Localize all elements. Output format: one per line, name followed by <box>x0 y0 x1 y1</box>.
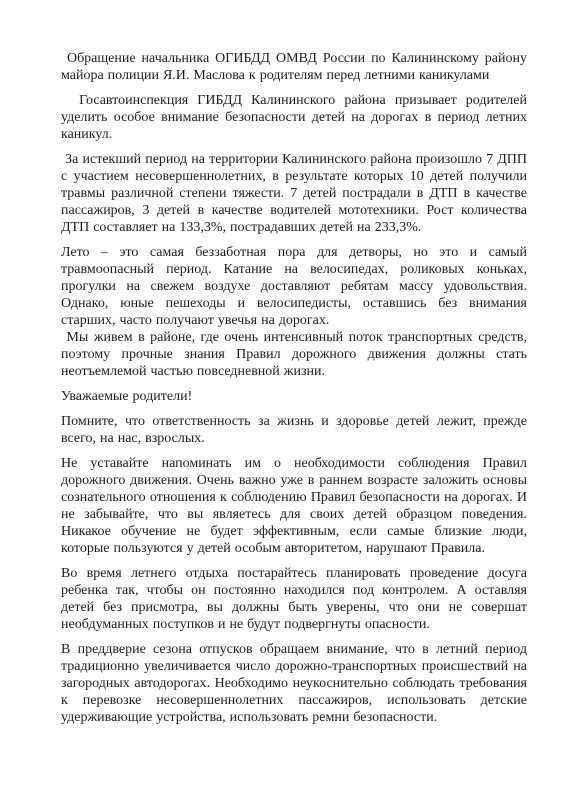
paragraph-summer-risks: Лето – это самая беззаботная пора для де… <box>61 244 527 329</box>
document-content: Обращение начальника ОГИБДД ОМВД России … <box>61 50 527 734</box>
paragraph-statistics: За истекший период на территории Калинин… <box>61 151 527 236</box>
paragraph-leisure-control: Во время летнего отдыха постарайтесь пла… <box>61 565 527 633</box>
paragraph-vacation-season: В преддверие сезона отпусков обращаем вн… <box>61 641 527 726</box>
paragraph-salutation: Уважаемые родители! <box>61 388 527 405</box>
paragraph-traffic-flow: Мы живем в районе, где очень интенсивный… <box>61 329 527 380</box>
document-page: Обращение начальника ОГИБДД ОМВД России … <box>0 0 565 800</box>
paragraph-responsibility: Помните, что ответственность за жизнь и … <box>61 413 527 447</box>
document-title: Обращение начальника ОГИБДД ОМВД России … <box>61 50 527 84</box>
paragraph-reminders: Не уставайте напоминать им о необходимос… <box>61 455 527 557</box>
paragraph-intro: Госавтоинспекция ГИБДД Калининского райо… <box>61 92 527 143</box>
